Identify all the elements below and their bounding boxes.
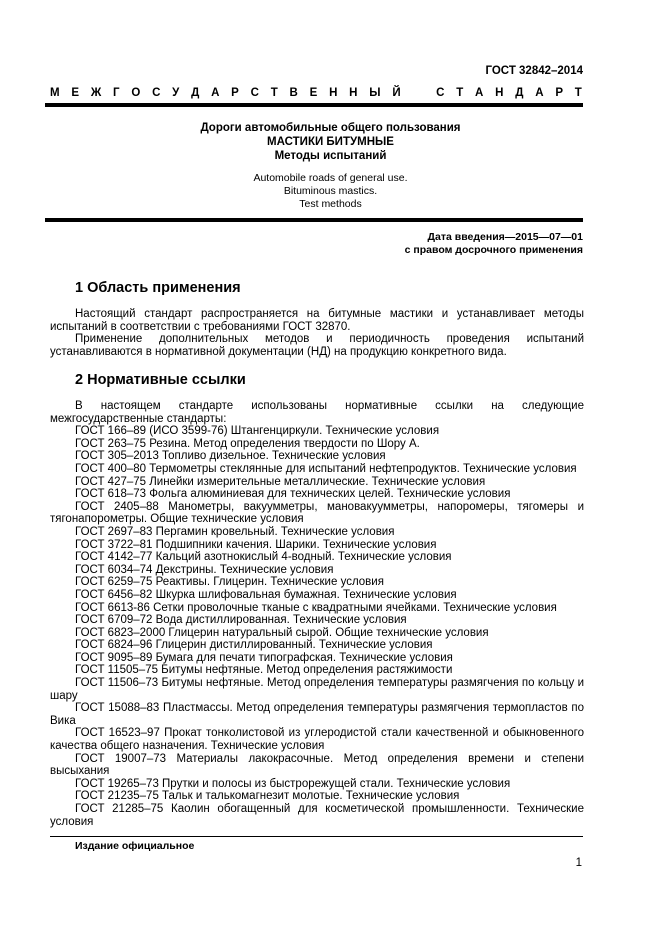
section-2-intro: В настоящем стандарте использованы норма… [50,400,584,425]
reference-item: ГОСТ 19007–73 Материалы лакокрасочные. М… [50,753,584,778]
reference-item: ГОСТ 618–73 Фольга алюминиевая для техни… [50,488,584,501]
banner-letter: С [251,87,259,99]
early-application-note: с правом досрочного применения [405,244,583,257]
english-title-line-3: Test methods [0,198,661,211]
reference-item: ГОСТ 3722–81 Подшипники качения. Шарики.… [50,539,584,552]
reference-item: ГОСТ 305–2013 Топливо дизельное. Техниче… [50,450,584,463]
banner-letter: В [290,87,298,99]
banner-letter: М [50,87,60,99]
reference-item: ГОСТ 11505–75 Битумы нефтяные. Метод опр… [50,664,584,677]
section-2-heading: 2 Нормативные ссылки [75,372,246,388]
reference-item: ГОСТ 6823–2000 Глицерин натуральный сыро… [50,627,584,640]
banner-letter: Ы [369,87,380,99]
banner-letter: А [535,87,543,99]
normative-references-list: ГОСТ 166–89 (ИСО 3599-76) Штангенциркули… [50,425,584,828]
banner-letter [412,87,424,99]
title-rule [45,218,583,222]
title-block: Дороги автомобильные общего пользования … [0,121,661,163]
title-line-road-type: Дороги автомобильные общего пользования [0,121,661,135]
reference-item: ГОСТ 16523–97 Прокат тонколистовой из уг… [50,727,584,752]
reference-item: ГОСТ 6259–75 Реактивы. Глицерин. Техниче… [50,576,584,589]
reference-item: ГОСТ 21235–75 Тальк и талькомагнезит мол… [50,790,584,803]
reference-item: ГОСТ 21285–75 Каолин обогащенный для кос… [50,803,584,828]
reference-item: ГОСТ 19265–73 Прутки и полосы из быстрор… [50,778,584,791]
reference-item: ГОСТ 15088–83 Пластмассы. Метод определе… [50,702,584,727]
section-1-paragraph: Применение дополнительных методов и пери… [50,333,584,358]
interstate-standard-banner: МЕЖГОСУДАРСТВЕННЫЙ СТАНДАРТ [50,87,582,99]
introduction-date-block: Дата введения—2015—07—01 с правом досроч… [405,231,583,257]
english-title-line-2: Bituminous mastics. [0,185,661,198]
banner-letter: Н [329,87,337,99]
reference-item: ГОСТ 4142–77 Кальций азотнокислый 4-водн… [50,551,584,564]
reference-item: ГОСТ 11506–73 Битумы нефтяные. Метод опр… [50,677,584,702]
reference-item: ГОСТ 400–80 Термометры стеклянные для ис… [50,463,584,476]
official-edition-note: Издание официальное [75,840,194,852]
header-rule [45,103,583,107]
banner-letter: С [152,87,160,99]
reference-item: ГОСТ 6709–72 Вода дистиллированная. Техн… [50,614,584,627]
page-number: 1 [576,857,582,869]
banner-letter: Д [191,87,199,99]
banner-letter: А [475,87,483,99]
banner-letter: Е [71,87,79,99]
banner-letter: Р [231,87,239,99]
banner-letter: Ж [91,87,101,99]
banner-letter: А [211,87,219,99]
section-1-body: Настоящий стандарт распространяется на б… [50,308,584,358]
section-1-heading: 1 Область применения [75,280,241,296]
title-line-methods: Методы испытаний [0,149,661,163]
banner-letter: У [172,87,179,99]
introduction-date: Дата введения—2015—07—01 [405,231,583,244]
footer-rule [50,836,583,837]
reference-item: ГОСТ 427–75 Линейки измерительные металл… [50,476,584,489]
banner-letter: С [436,87,444,99]
banner-letter: Н [349,87,357,99]
banner-letter: О [131,87,140,99]
reference-item: ГОСТ 263–75 Резина. Метод определения тв… [50,438,584,451]
banner-letter: Е [310,87,318,99]
reference-item: ГОСТ 6824–96 Глицерин дистиллированный. … [50,639,584,652]
reference-item: ГОСТ 6034–74 Декстрины. Технические усло… [50,564,584,577]
banner-letter: Р [555,87,563,99]
banner-letter: Г [113,87,120,99]
reference-item: ГОСТ 2697–83 Пергамин кровельный. Технич… [50,526,584,539]
english-title-block: Automobile roads of general use. Bitumin… [0,172,661,211]
title-line-subject: МАСТИКИ БИТУМНЫЕ [0,135,661,149]
reference-item: ГОСТ 166–89 (ИСО 3599-76) Штангенциркули… [50,425,584,438]
banner-letter: Т [271,87,278,99]
banner-letter: Т [575,87,582,99]
reference-item: ГОСТ 9095–89 Бумага для печати типографс… [50,652,584,665]
reference-item: ГОСТ 2405–88 Манометры, вакуумметры, ман… [50,501,584,526]
document-number: ГОСТ 32842–2014 [485,65,583,77]
section-2-body: В настоящем стандарте использованы норма… [50,400,584,828]
reference-item: ГОСТ 6613-86 Сетки проволочные тканые с … [50,602,584,615]
banner-letter: Й [392,87,400,99]
banner-letter: Т [456,87,463,99]
english-title-line-1: Automobile roads of general use. [0,172,661,185]
banner-letter: Н [495,87,503,99]
reference-item: ГОСТ 6456–82 Шкурка шлифовальная бумажна… [50,589,584,602]
banner-letter: Д [515,87,523,99]
section-1-paragraph: Настоящий стандарт распространяется на б… [50,308,584,333]
